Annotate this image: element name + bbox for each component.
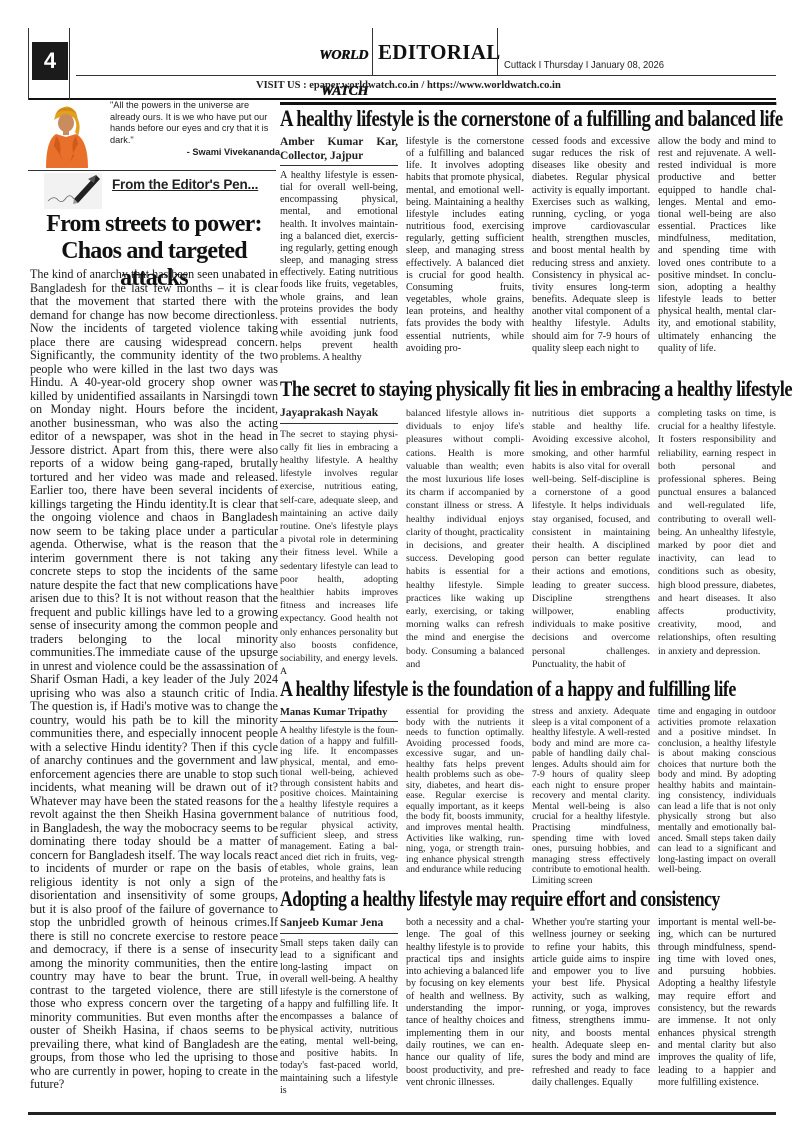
quote-text: "All the powers in the universe are alre… — [110, 100, 280, 159]
article-cornerstone: A healthy lifestyle is the cornerstone o… — [280, 102, 776, 365]
world-watch-logo: WORLD WATCH — [276, 38, 368, 74]
quote-author: - Swami Vivekananda — [110, 147, 280, 159]
article-physically-fit: The secret to staying physically fit lie… — [280, 375, 776, 678]
visit-us-links[interactable]: VISIT US : epaper.worldwatch.co.in / htt… — [256, 80, 561, 91]
article-headline: A healthy lifestyle is the cornerstone o… — [280, 102, 776, 133]
page-number-bar: 4 — [28, 28, 70, 100]
quote-box: "All the powers in the universe are alre… — [28, 100, 276, 166]
article-column: Manas Kumar Tripathy A healthy lifestyle… — [280, 707, 398, 886]
article-column: stress and anxiety. Adequate sleep is a … — [532, 707, 650, 886]
editorial-body: The kind of anarchy that has been seen u… — [30, 268, 278, 1092]
editorial-headline-line1: From streets to power: — [28, 211, 280, 238]
divider — [28, 170, 276, 171]
column-text: Small steps taken daily can lead to a si… — [280, 938, 398, 1098]
article-headline: Adopting a healthy lifestyle may require… — [280, 885, 667, 913]
byline: Sanjeeb Kumar Jena — [280, 917, 398, 934]
article-column: time and engaging in outdoor activities … — [658, 707, 776, 886]
dateline: Cuttack I Thursday I January 08, 2026 — [504, 59, 664, 71]
article-columns: Jayaprakash Nayak The secret to staying … — [280, 407, 776, 678]
swami-vivekananda-portrait-icon — [38, 102, 94, 168]
article-column: important is mental well-be­ing, which c… — [658, 917, 776, 1097]
column-text: A healthy lifestyle is the foun­dation o… — [280, 726, 398, 884]
article-column: Jayaprakash Nayak The secret to staying … — [280, 407, 398, 678]
article-column: nutritious diet supports a stable and he… — [532, 407, 650, 678]
column-text: The secret to staying physi­cally fit li… — [280, 428, 398, 679]
article-column: allow the body and mind to rest and reju… — [658, 136, 776, 365]
article-column: cessed foods and excessive sugar reduces… — [532, 136, 650, 365]
article-column: completing tasks on time, is crucial for… — [658, 407, 776, 678]
article-column: balanced lifestyle allows in­dividuals t… — [406, 407, 524, 678]
article-column: both a necessity and a chal­lenge. The g… — [406, 917, 524, 1097]
article-column: Amber Kumar Kar, Collector, Jajpur A hea… — [280, 136, 398, 365]
bottom-rule — [28, 1112, 776, 1115]
byline: Jayaprakash Nayak — [280, 407, 398, 424]
divider — [372, 28, 373, 76]
article-column: essential for providing the body with th… — [406, 707, 524, 886]
byline: Amber Kumar Kar, Collector, Jajpur — [280, 136, 398, 166]
article-columns: Sanjeeb Kumar Jena Small steps taken dai… — [280, 917, 776, 1097]
article-column: lifestyle is the cornerstone of a fulfil… — [406, 136, 524, 365]
section-title: EDITORIAL — [378, 40, 501, 65]
page-number: 4 — [32, 42, 68, 80]
quote-body: "All the powers in the universe are alre… — [110, 100, 268, 145]
masthead: 4 WORLD WATCH EDITORIAL Cuttack I Thursd… — [28, 28, 776, 100]
column-text: A healthy lifestyle is essen­tial for ov… — [280, 170, 398, 365]
fountain-pen-icon — [44, 173, 102, 209]
divider — [497, 28, 498, 76]
article-columns: Amber Kumar Kar, Collector, Jajpur A hea… — [280, 136, 776, 365]
divider — [76, 75, 776, 76]
article-columns: Manas Kumar Tripathy A healthy lifestyle… — [280, 707, 776, 886]
article-foundation: A healthy lifestyle is the foundation of… — [280, 675, 776, 886]
editors-pen-label: From the Editor's Pen... — [112, 177, 258, 192]
article-headline: The secret to staying physically fit lie… — [280, 375, 687, 403]
article-effort-consistency: Adopting a healthy lifestyle may require… — [280, 885, 776, 1097]
article-headline: A healthy lifestyle is the foundation of… — [280, 675, 677, 703]
byline: Manas Kumar Tripathy — [280, 707, 398, 722]
article-column: Whether you're starting your wellness jo… — [532, 917, 650, 1097]
article-column: Sanjeeb Kumar Jena Small steps taken dai… — [280, 917, 398, 1097]
